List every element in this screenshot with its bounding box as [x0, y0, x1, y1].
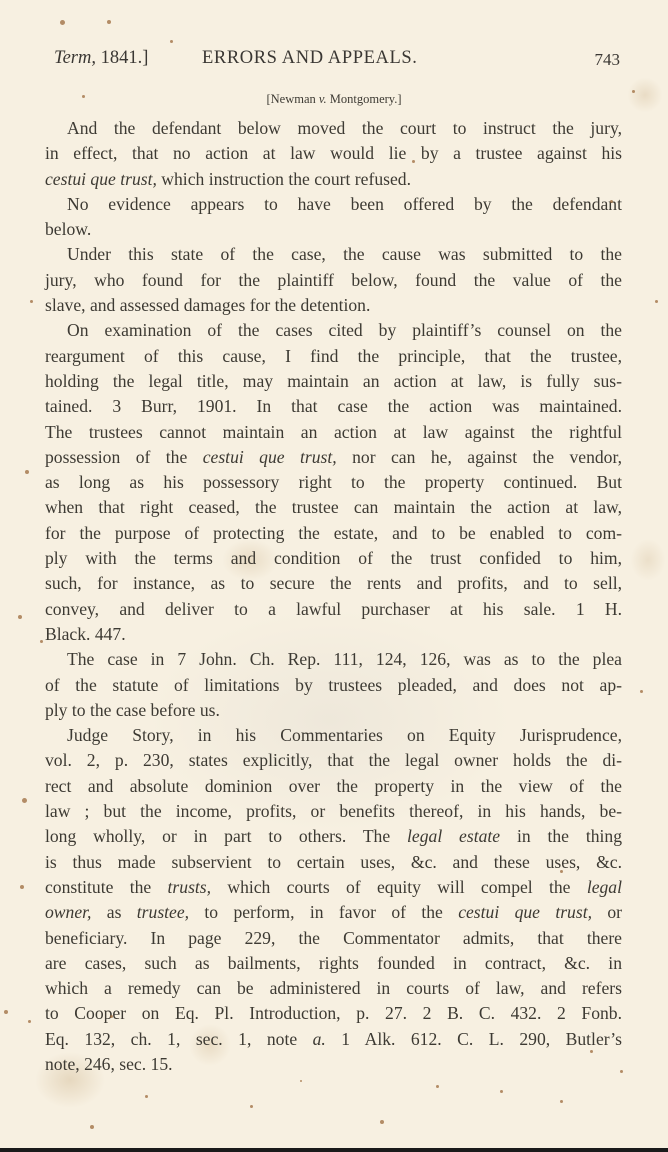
foxing-speck — [110, 1015, 113, 1018]
foxing-speck — [412, 160, 415, 163]
caption-close: Montgomery.] — [327, 92, 402, 106]
text-line: ply to the case before us. — [45, 698, 622, 723]
italic-phrase: legal — [587, 877, 622, 897]
italic-phrase: cestui que trust, — [203, 447, 337, 467]
text-line: beneficiary. In page 229, the Commentato… — [45, 926, 622, 951]
foxing-speck — [90, 1125, 94, 1129]
foxing-speck — [500, 1090, 503, 1093]
foxing-speck — [107, 20, 111, 24]
foxing-speck — [28, 1020, 31, 1023]
text-line: slave, and assessed damages for the dete… — [45, 293, 622, 318]
foxing-speck — [30, 300, 33, 303]
paragraph: Judge Story, in his Commentaries on Equi… — [45, 723, 622, 1077]
text-line: jury, who found for the plaintiff below,… — [45, 268, 622, 293]
foxing-speck — [300, 1080, 302, 1082]
text-line: holding the legal title, may maintain an… — [45, 369, 622, 394]
italic-phrase: a. — [313, 1029, 326, 1049]
text-line: such, for instance, as to secure the ren… — [45, 571, 622, 596]
text-line: The trustees cannot maintain an action a… — [45, 420, 622, 445]
foxing-speck — [145, 1095, 148, 1098]
italic-phrase: cestui que trust, — [458, 902, 592, 922]
italic-phrase: owner, — [45, 902, 91, 922]
paragraph: And the defendant below moved the court … — [45, 116, 622, 192]
caption-versus: v. — [319, 92, 327, 106]
text-line: below. — [45, 217, 622, 242]
foxing-speck — [640, 690, 643, 693]
text-line: reargument of this cause, I find the pri… — [45, 344, 622, 369]
foxing-speck — [20, 885, 24, 889]
text-line: Judge Story, in his Commentaries on Equi… — [45, 723, 622, 748]
text-line: rect and absolute dominion over the prop… — [45, 774, 622, 799]
running-title: ERRORS AND APPEALS. — [202, 48, 417, 69]
text-line: Eq. 132, ch. 1, sec. 1, note a. 1 Alk. 6… — [45, 1027, 622, 1052]
foxing-speck — [560, 1100, 563, 1103]
case-caption: [Newman v. Montgomery.] — [0, 92, 668, 107]
text-line: Black. 447. — [45, 622, 622, 647]
text-line: possession of the cestui que trust, nor … — [45, 445, 622, 470]
text-line: owner, as trustee, to perform, in favor … — [45, 900, 622, 925]
caption-open: [Newman — [266, 92, 318, 106]
text-line: constitute the trusts, which courts of e… — [45, 875, 622, 900]
foxing-speck — [4, 1010, 8, 1014]
foxing-speck — [82, 95, 85, 98]
italic-phrase: trustee, — [137, 902, 189, 922]
paragraph: The case in 7 John. Ch. Rep. 111, 124, 1… — [45, 647, 622, 723]
foxing-speck — [655, 300, 658, 303]
italic-phrase: legal estate — [407, 826, 500, 846]
foxing-speck — [436, 1085, 439, 1088]
text-line: when that right ceased, the trustee can … — [45, 495, 622, 520]
text-line: which a remedy can be administered in co… — [45, 976, 622, 1001]
foxing-speck — [18, 615, 22, 619]
term-year: 1841.] — [96, 48, 148, 68]
text-line: for the purpose of protecting the estate… — [45, 521, 622, 546]
text-line: is thus made subservient to certain uses… — [45, 850, 622, 875]
foxing-speck — [170, 40, 173, 43]
text-line: No evidence appears to have been offered… — [45, 192, 622, 217]
foxing-speck — [610, 200, 613, 203]
foxing-speck — [60, 20, 65, 25]
text-line: The case in 7 John. Ch. Rep. 111, 124, 1… — [45, 647, 622, 672]
paragraph: Under this state of the case, the cause … — [45, 242, 622, 318]
foxing-speck — [22, 798, 27, 803]
text-line: And the defendant below moved the court … — [45, 116, 622, 141]
text-line: in effect, that no action at law would l… — [45, 141, 622, 166]
foxing-speck — [25, 470, 29, 474]
term-label: Term, 1841.] — [54, 48, 148, 69]
text-line: vol. 2, p. 230, states explicitly, that … — [45, 748, 622, 773]
text-line: ply with the terms and condition of the … — [45, 546, 622, 571]
text-line: On examination of the cases cited by pla… — [45, 318, 622, 343]
text-line: of the statute of limitations by trustee… — [45, 673, 622, 698]
text-line: convey, and deliver to a lawful purchase… — [45, 597, 622, 622]
foxing-speck — [40, 640, 43, 643]
paragraph: On examination of the cases cited by pla… — [45, 318, 622, 647]
scanned-page: Term, 1841.] ERRORS AND APPEALS. 743 [Ne… — [0, 0, 668, 1148]
italic-phrase: trusts, — [168, 877, 212, 897]
foxing-speck — [590, 1050, 593, 1053]
text-line: tained. 3 Burr, 1901. In that case the a… — [45, 394, 622, 419]
foxing-speck — [620, 1070, 623, 1073]
page-bottom-edge — [0, 1148, 668, 1152]
body-text: And the defendant below moved the court … — [45, 116, 622, 1077]
foxing-speck — [250, 1105, 253, 1108]
foxing-speck — [632, 90, 635, 93]
text-line: long wholly, or in part to others. The l… — [45, 824, 622, 849]
text-line: Under this state of the case, the cause … — [45, 242, 622, 267]
text-line: are cases, such as bailments, rights fou… — [45, 951, 622, 976]
page-number: 743 — [595, 50, 621, 70]
text-line: note, 246, sec. 15. — [45, 1052, 622, 1077]
term-word: Term, — [54, 48, 96, 68]
text-line: as long as his possessory right to the p… — [45, 470, 622, 495]
foxing-speck — [560, 870, 563, 873]
running-header: Term, 1841.] ERRORS AND APPEALS. 743 — [54, 48, 624, 74]
text-line: law ; but the income, profits, or benefi… — [45, 799, 622, 824]
paragraph: No evidence appears to have been offered… — [45, 192, 622, 243]
text-line: cestui que trust, which instruction the … — [45, 167, 622, 192]
text-line: to Cooper on Eq. Pl. Introduction, p. 27… — [45, 1001, 622, 1026]
italic-phrase: cestui que trust, — [45, 169, 157, 189]
foxing-speck — [380, 1120, 384, 1124]
